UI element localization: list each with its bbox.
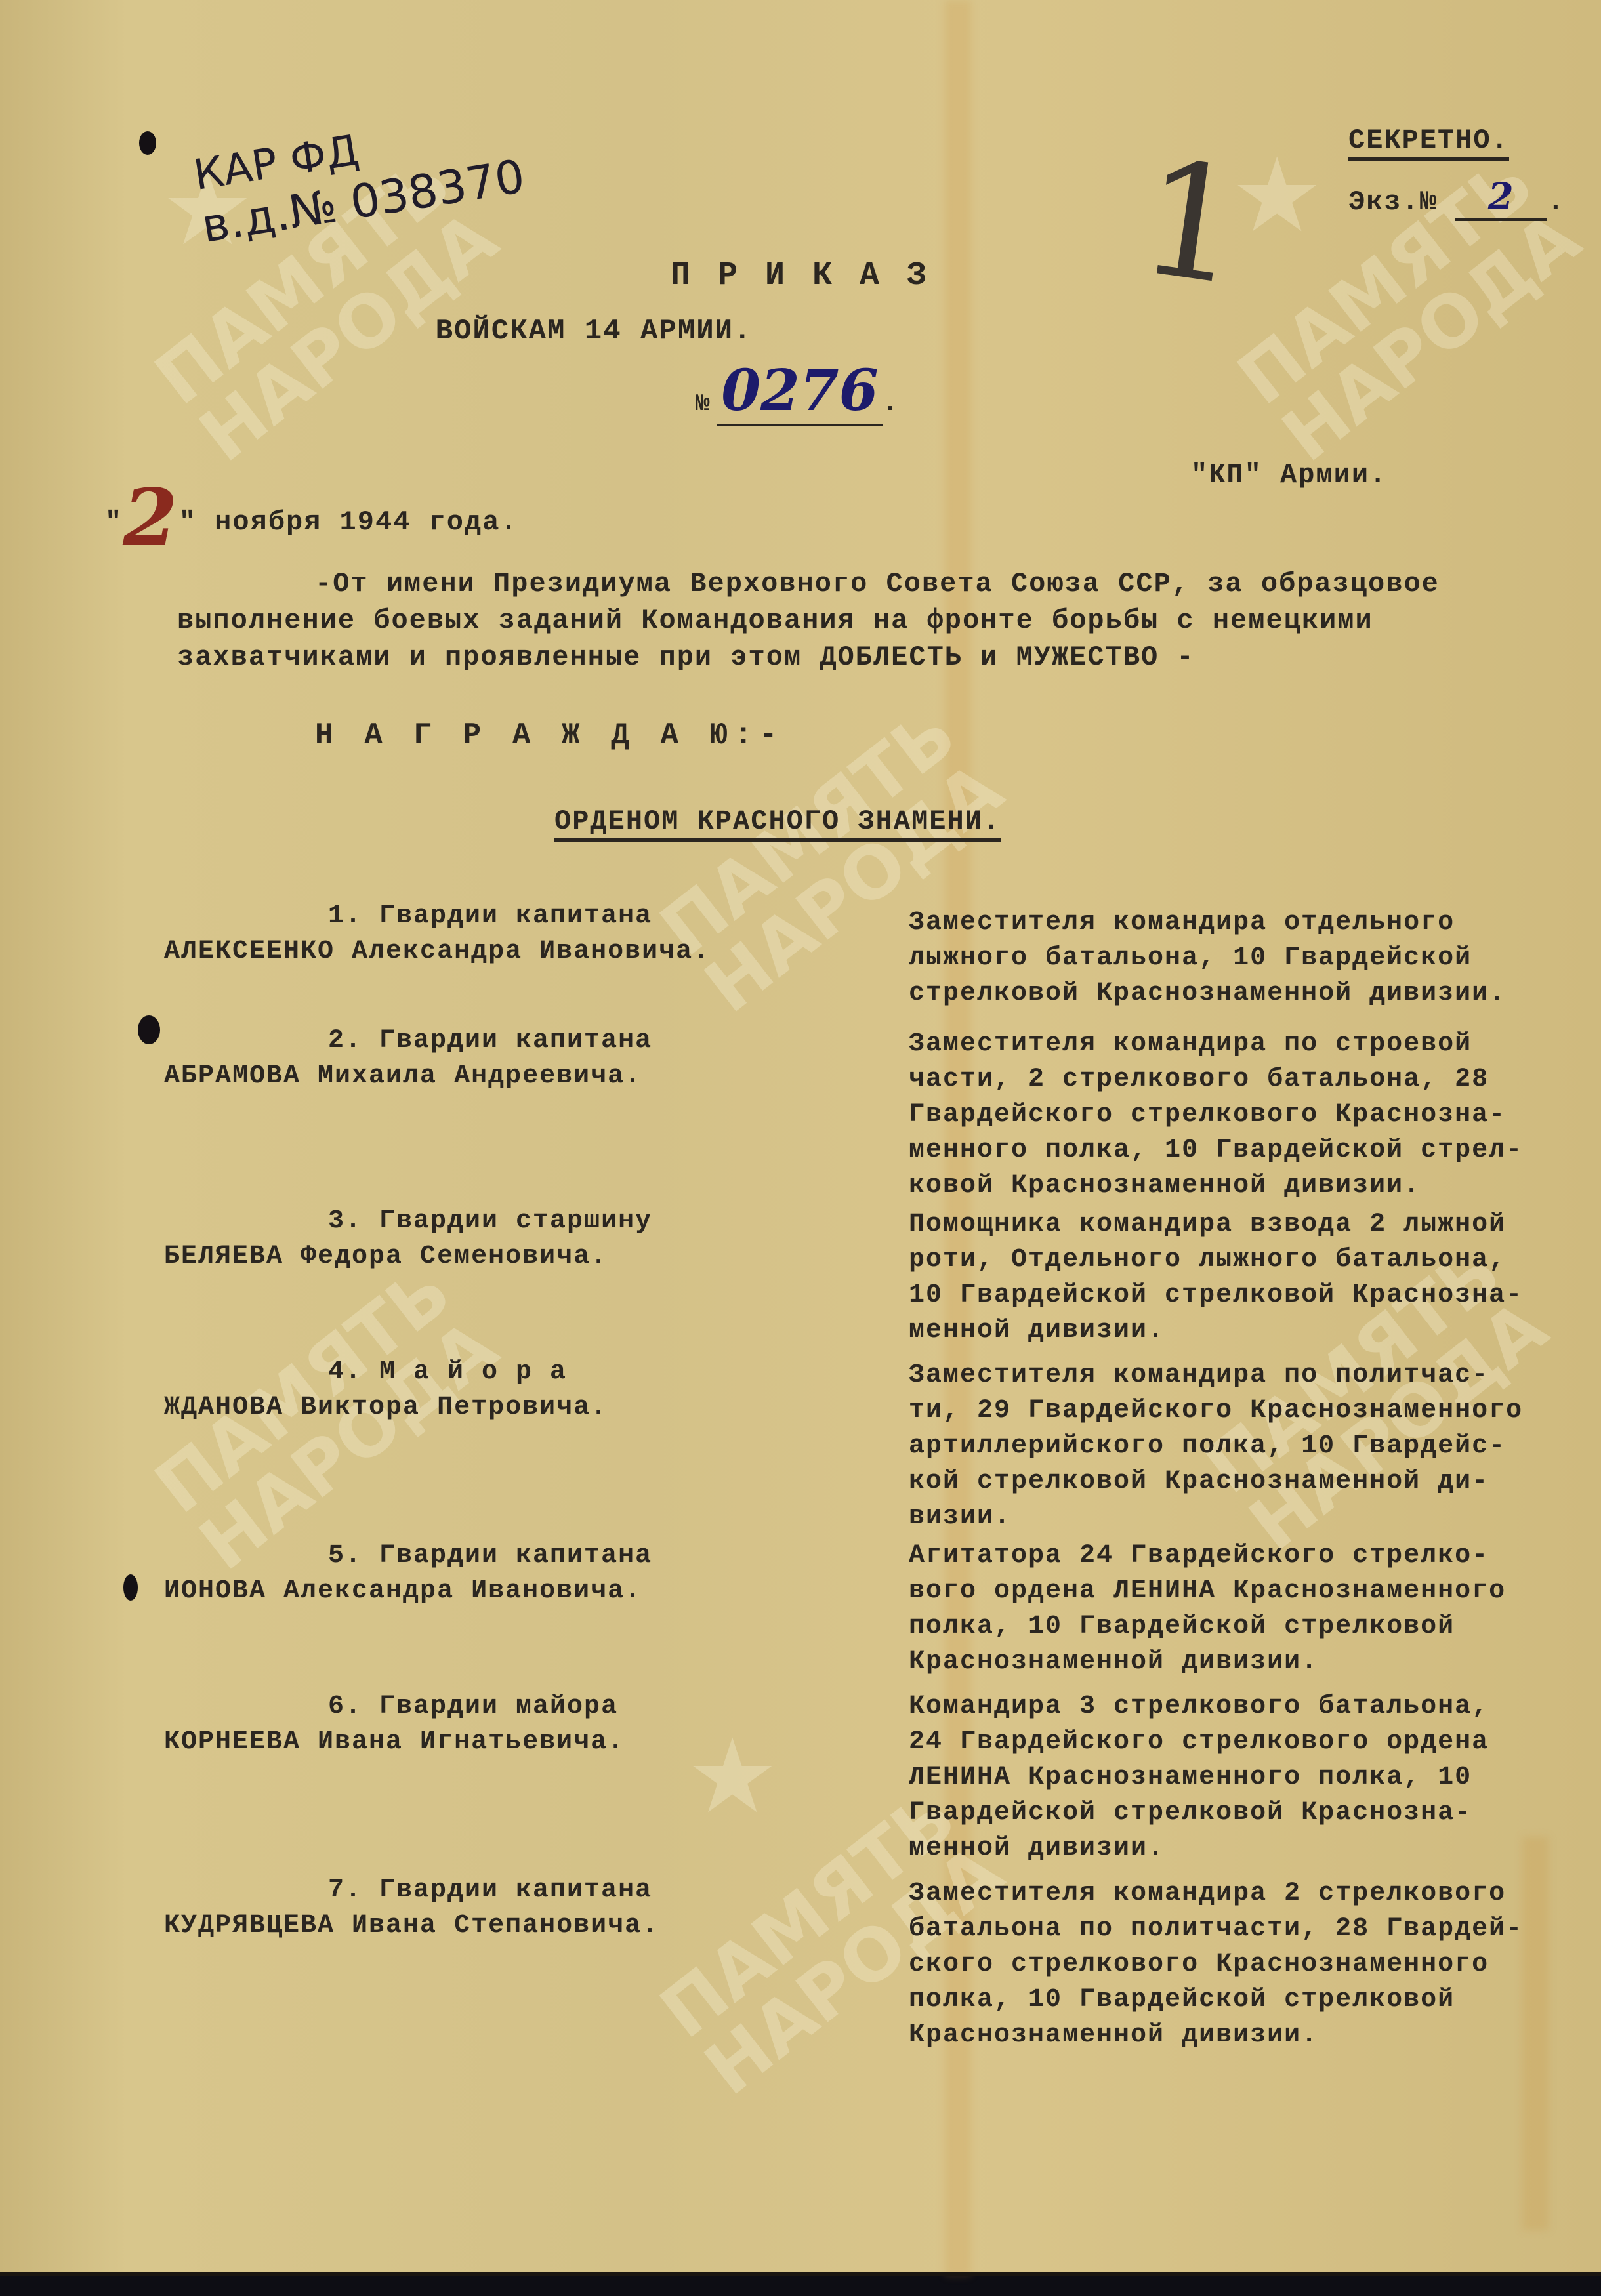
punch-hole [138, 1015, 160, 1044]
date-rest: " ноября 1944 года. [179, 506, 518, 538]
order-number-value: 0276 [717, 358, 882, 426]
recipient-name: КУДРЯВЦЕВА Ивана Степановича. [164, 1908, 853, 1944]
recipient-position-1: Заместителя командира отдельного лыжного… [909, 905, 1591, 1012]
date-day-handwritten: 2 [123, 472, 179, 564]
classification-block: СЕКРЕТНО. Экз.№ 2. [1348, 125, 1565, 221]
award-heading: ОРДЕНОМ КРАСНОГО ЗНАМЕНИ. [554, 806, 1001, 842]
recipient-name: БЕЛЯЕВА Федора Семеновича. [164, 1239, 853, 1275]
recipient-rank: 4. М а й о р а [164, 1355, 853, 1390]
recipient-rank: 6. Гвардии майора [164, 1689, 853, 1725]
recipient-name: ЖДАНОВА Виктора Петровича. [164, 1390, 853, 1425]
copy-number: 2 [1455, 175, 1547, 221]
number-prefix: № [696, 390, 711, 417]
secret-label: СЕКРЕТНО. [1348, 125, 1509, 161]
recipient-name: АЛЕКСЕЕНКО Александра Ивановича. [164, 934, 853, 970]
dateline: "2" ноября 1944 года. [105, 456, 518, 548]
award-recipient-5: 5. Гвардии капитана ИОНОВА Александра Ив… [164, 1538, 853, 1609]
recipient-rank: 5. Гвардии капитана [164, 1538, 853, 1574]
recipient-position-6: Командира 3 стрелкового батальона, 24 Гв… [909, 1689, 1591, 1866]
award-recipient-6: 6. Гвардии майора КОРНЕЕВА Ивана Игнатье… [164, 1689, 853, 1760]
recipient-name: КОРНЕЕВА Ивана Игнатьевича. [164, 1725, 853, 1760]
recipient-rank: 2. Гвардии капитана [164, 1023, 853, 1059]
copy-prefix: Экз.№ [1348, 186, 1438, 218]
recipient-position-7: Заместителя командира 2 стрелкового бата… [909, 1876, 1591, 2053]
document-page: ★ ПАМЯТЬ НАРОДА ★ ПАМЯТЬ НАРОДА ПАМЯТЬ Н… [0, 0, 1601, 2276]
order-subtitle: ВОЙСКАМ 14 АРМИИ. [0, 315, 1188, 348]
recipient-position-2: Заместителя командира по строевой части,… [909, 1027, 1591, 1204]
recipient-rank: 1. Гвардии капитана [164, 899, 853, 934]
recipient-rank: 7. Гвардии капитана [164, 1873, 853, 1908]
preamble-line: захватчиками и проявленные при этом ДОБЛ… [177, 639, 1542, 676]
recipient-position-3: Помощника командира взвода 2 лыжной роти… [909, 1207, 1591, 1349]
archive-stamp: КАР ФД в.д.№ 038370 [190, 100, 528, 252]
recipient-rank: 3. Гвардии старшину [164, 1204, 853, 1239]
preamble: -От имени Президиума Верховного Совета С… [177, 565, 1542, 676]
award-recipient-1: 1. Гвардии капитана АЛЕКСЕЕНКО Александр… [164, 899, 853, 970]
order-title: П Р И К А З [0, 257, 1601, 295]
preamble-line: -От имени Президиума Верховного Совета С… [177, 565, 1542, 602]
punch-hole [139, 131, 156, 155]
recipient-position-5: Агитатора 24 Гвардейского стрелко- вого … [909, 1538, 1591, 1680]
award-recipient-3: 3. Гвардии старшину БЕЛЯЕВА Федора Семен… [164, 1204, 853, 1275]
award-recipient-7: 7. Гвардии капитана КУДРЯВЦЕВА Ивана Сте… [164, 1873, 853, 1944]
award-recipient-2: 2. Гвардии капитана АБРАМОВА Михаила Анд… [164, 1023, 853, 1094]
location: "КП" Армии. [1191, 459, 1387, 491]
punch-hole [123, 1574, 138, 1601]
decree-word: Н А Г Р А Ж Д А Ю:- [315, 718, 784, 752]
preamble-line: выполнение боевых заданий Командования н… [177, 602, 1542, 639]
recipient-position-4: Заместителя командира по политчас- ти, 2… [909, 1358, 1591, 1535]
recipient-name: АБРАМОВА Михаила Андреевича. [164, 1059, 853, 1094]
recipient-name: ИОНОВА Александра Ивановича. [164, 1574, 853, 1609]
order-number: № 0276. [696, 358, 900, 426]
award-recipient-4: 4. М а й о р а ЖДАНОВА Виктора Петровича… [164, 1355, 853, 1425]
